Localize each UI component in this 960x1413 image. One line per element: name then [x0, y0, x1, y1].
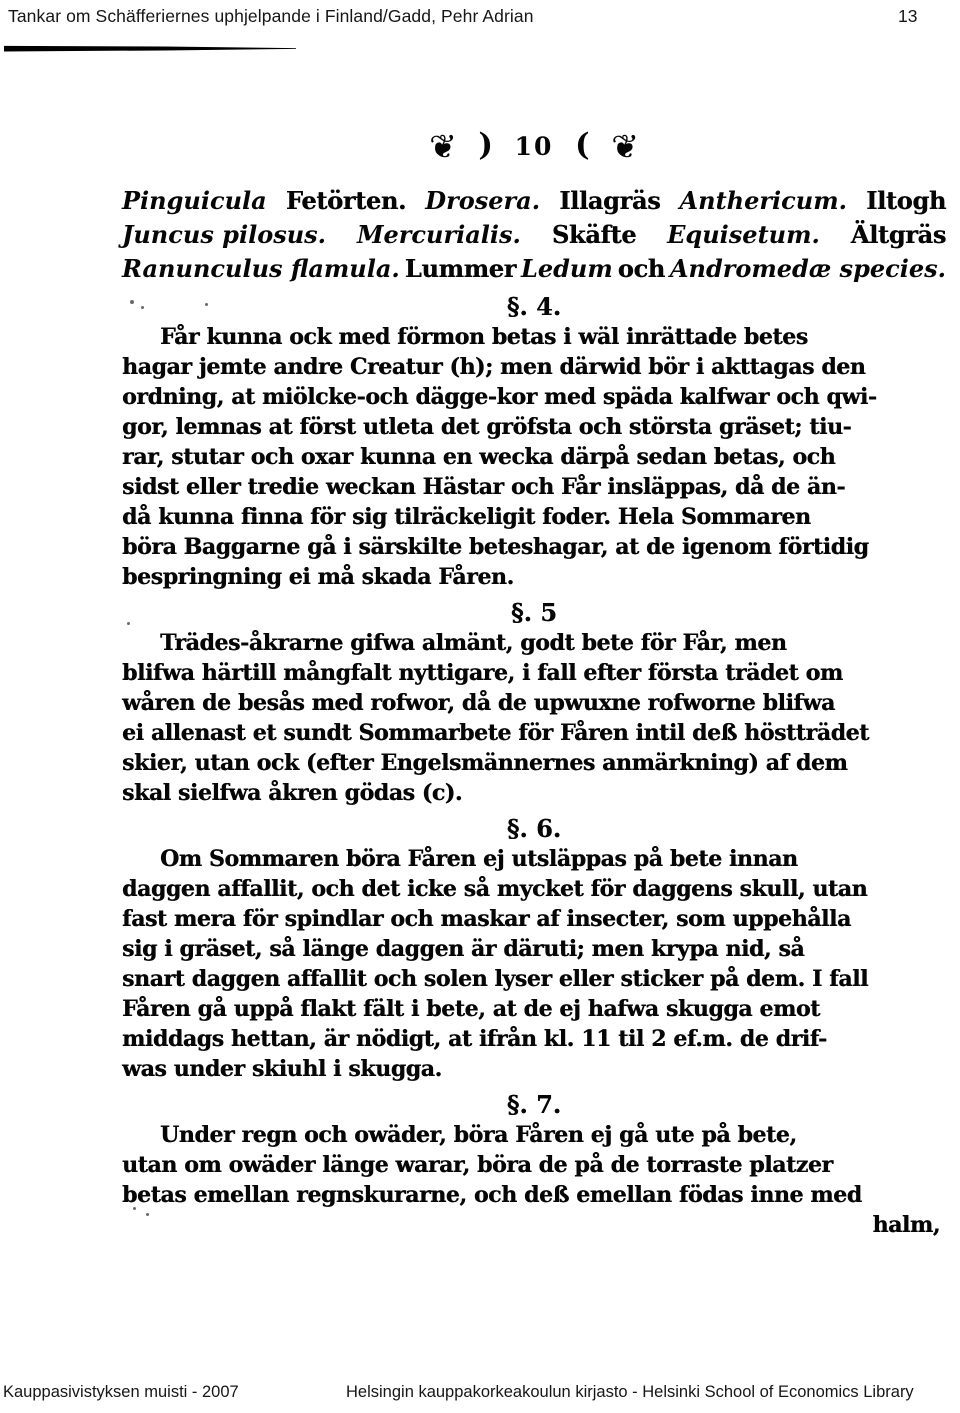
document-line: bespringning ei må skada Fåren.: [122, 562, 946, 592]
plant-name: Juncus pilosus.: [122, 218, 326, 252]
plant-name: Drosera.: [425, 184, 540, 218]
document-sections: §. 4.Får kunna ock med förmon betas i wä…: [122, 292, 946, 1240]
document-line: hagar jemte andre Creatur (h); men därwi…: [122, 352, 946, 382]
document-line: utan om owäder länge warar, böra de på d…: [122, 1150, 946, 1180]
scan-noise: [146, 1213, 149, 1216]
plant-list-line: Juncus pilosus.Mercurialis.SkäfteEquiset…: [122, 218, 946, 252]
plant-name: Andromedæ species.: [670, 252, 946, 286]
document-page: Tankar om Schäfferiernes uphjelpande i F…: [0, 0, 960, 1413]
document-line: Trädes-åkrarne gifwa almänt, godt bete f…: [122, 628, 946, 658]
document-line: sig i gräset, så länge daggen är däruti;…: [122, 934, 946, 964]
document-line: sidst eller tredie weckan Hästar och Får…: [122, 472, 946, 502]
document-line: Får kunna ock med förmon betas i wäl inr…: [122, 322, 946, 352]
folio-number: 10: [515, 132, 554, 161]
document-line: middags hettan, är nödigt, at ifrån kl. …: [122, 1024, 946, 1054]
document-line: skal sielfwa åkren gödas (c).: [122, 778, 946, 808]
document-line: Fåren gå uppå flakt fält i bete, at de e…: [122, 994, 946, 1024]
plant-name: Ledum: [521, 252, 613, 286]
plant-name: Iltogh: [866, 184, 946, 218]
page-ornament: ❦ ) 10 ( ❦: [122, 120, 946, 174]
document-line: Under regn och owäder, böra Fåren ej gå …: [122, 1120, 946, 1150]
plant-name: Equisetum.: [667, 218, 820, 252]
plant-name: Lummer: [405, 252, 516, 286]
document-line: blifwa härtill mångfalt nyttigare, i fal…: [122, 658, 946, 688]
section-heading: §. 5: [122, 598, 946, 628]
document-line: betas emellan regnskurarne, och deß emel…: [122, 1180, 946, 1210]
document-line: was under skiuhl i skugga.: [122, 1054, 946, 1084]
section-heading: §. 7.: [122, 1090, 946, 1120]
header-rule: [4, 45, 296, 52]
floral-ornament-icon: ❦: [429, 127, 457, 166]
document-line: Om Sommaren böra Fåren ej utsläppas på b…: [122, 844, 946, 874]
plant-name: Ältgräs: [851, 218, 946, 252]
document-line: skier, utan ock (efter Engelsmännernes a…: [122, 748, 946, 778]
document-line: snart daggen affallit och solen lyser el…: [122, 964, 946, 994]
document-line: ei allenast et sundt Sommarbete för Fåre…: [122, 718, 946, 748]
document-line: då kunna finna för sig tilräckeligit fod…: [122, 502, 946, 532]
ornament-paren: ): [462, 127, 509, 163]
floral-ornament-icon: ❦: [611, 127, 639, 166]
ornament-paren: (: [559, 127, 606, 163]
document-line: daggen affallit, och det icke så mycket …: [122, 874, 946, 904]
section-heading: §. 4.: [122, 292, 946, 322]
scan-noise: [133, 1207, 136, 1210]
plant-name: och: [618, 252, 665, 286]
scan-noise: [127, 622, 130, 625]
header-page-number: 13: [898, 6, 917, 27]
plant-name: Anthericum.: [680, 184, 847, 218]
document-line: böra Baggarne gå i särskilte beteshagar,…: [122, 532, 946, 562]
plant-list-line: PinguiculaFetörten.Drosera.IllagräsAnthe…: [122, 184, 946, 218]
document-line: gor, lemnas at först utleta det gröfsta …: [122, 412, 946, 442]
document-line: rar, stutar och oxar kunna en wecka därp…: [122, 442, 946, 472]
plant-list-line: Ranunculus flamula.LummerLedumochAndrome…: [122, 252, 946, 286]
document-line: wåren de besås med rofwor, då de upwuxne…: [122, 688, 946, 718]
scan-noise: [130, 300, 134, 304]
plant-name: Fetörten.: [286, 184, 406, 218]
scanned-document: ❦ ) 10 ( ❦ PinguiculaFetörten.Drosera.Il…: [122, 120, 946, 1240]
plant-name: Mercurialis.: [357, 218, 521, 252]
document-line: ordning, at miölcke-och dägge-kor med sp…: [122, 382, 946, 412]
document-line: fast mera för spindlar och maskar af ins…: [122, 904, 946, 934]
header-title: Tankar om Schäfferiernes uphjelpande i F…: [8, 6, 534, 27]
plant-name-list: PinguiculaFetörten.Drosera.IllagräsAnthe…: [122, 184, 946, 286]
plant-name: Ranunculus flamula.: [122, 252, 400, 286]
scan-noise: [205, 303, 208, 306]
scan-noise: [141, 306, 144, 309]
footer-right: Helsingin kauppakorkeakoulun kirjasto - …: [346, 1383, 914, 1402]
plant-name: Skäfte: [552, 218, 636, 252]
plant-name: Pinguicula: [122, 184, 267, 218]
footer-left: Kauppasivistyksen muisti - 2007: [3, 1383, 239, 1402]
plant-name: Illagräs: [559, 184, 660, 218]
section-heading: §. 6.: [122, 814, 946, 844]
catchword: halm,: [122, 1210, 946, 1240]
